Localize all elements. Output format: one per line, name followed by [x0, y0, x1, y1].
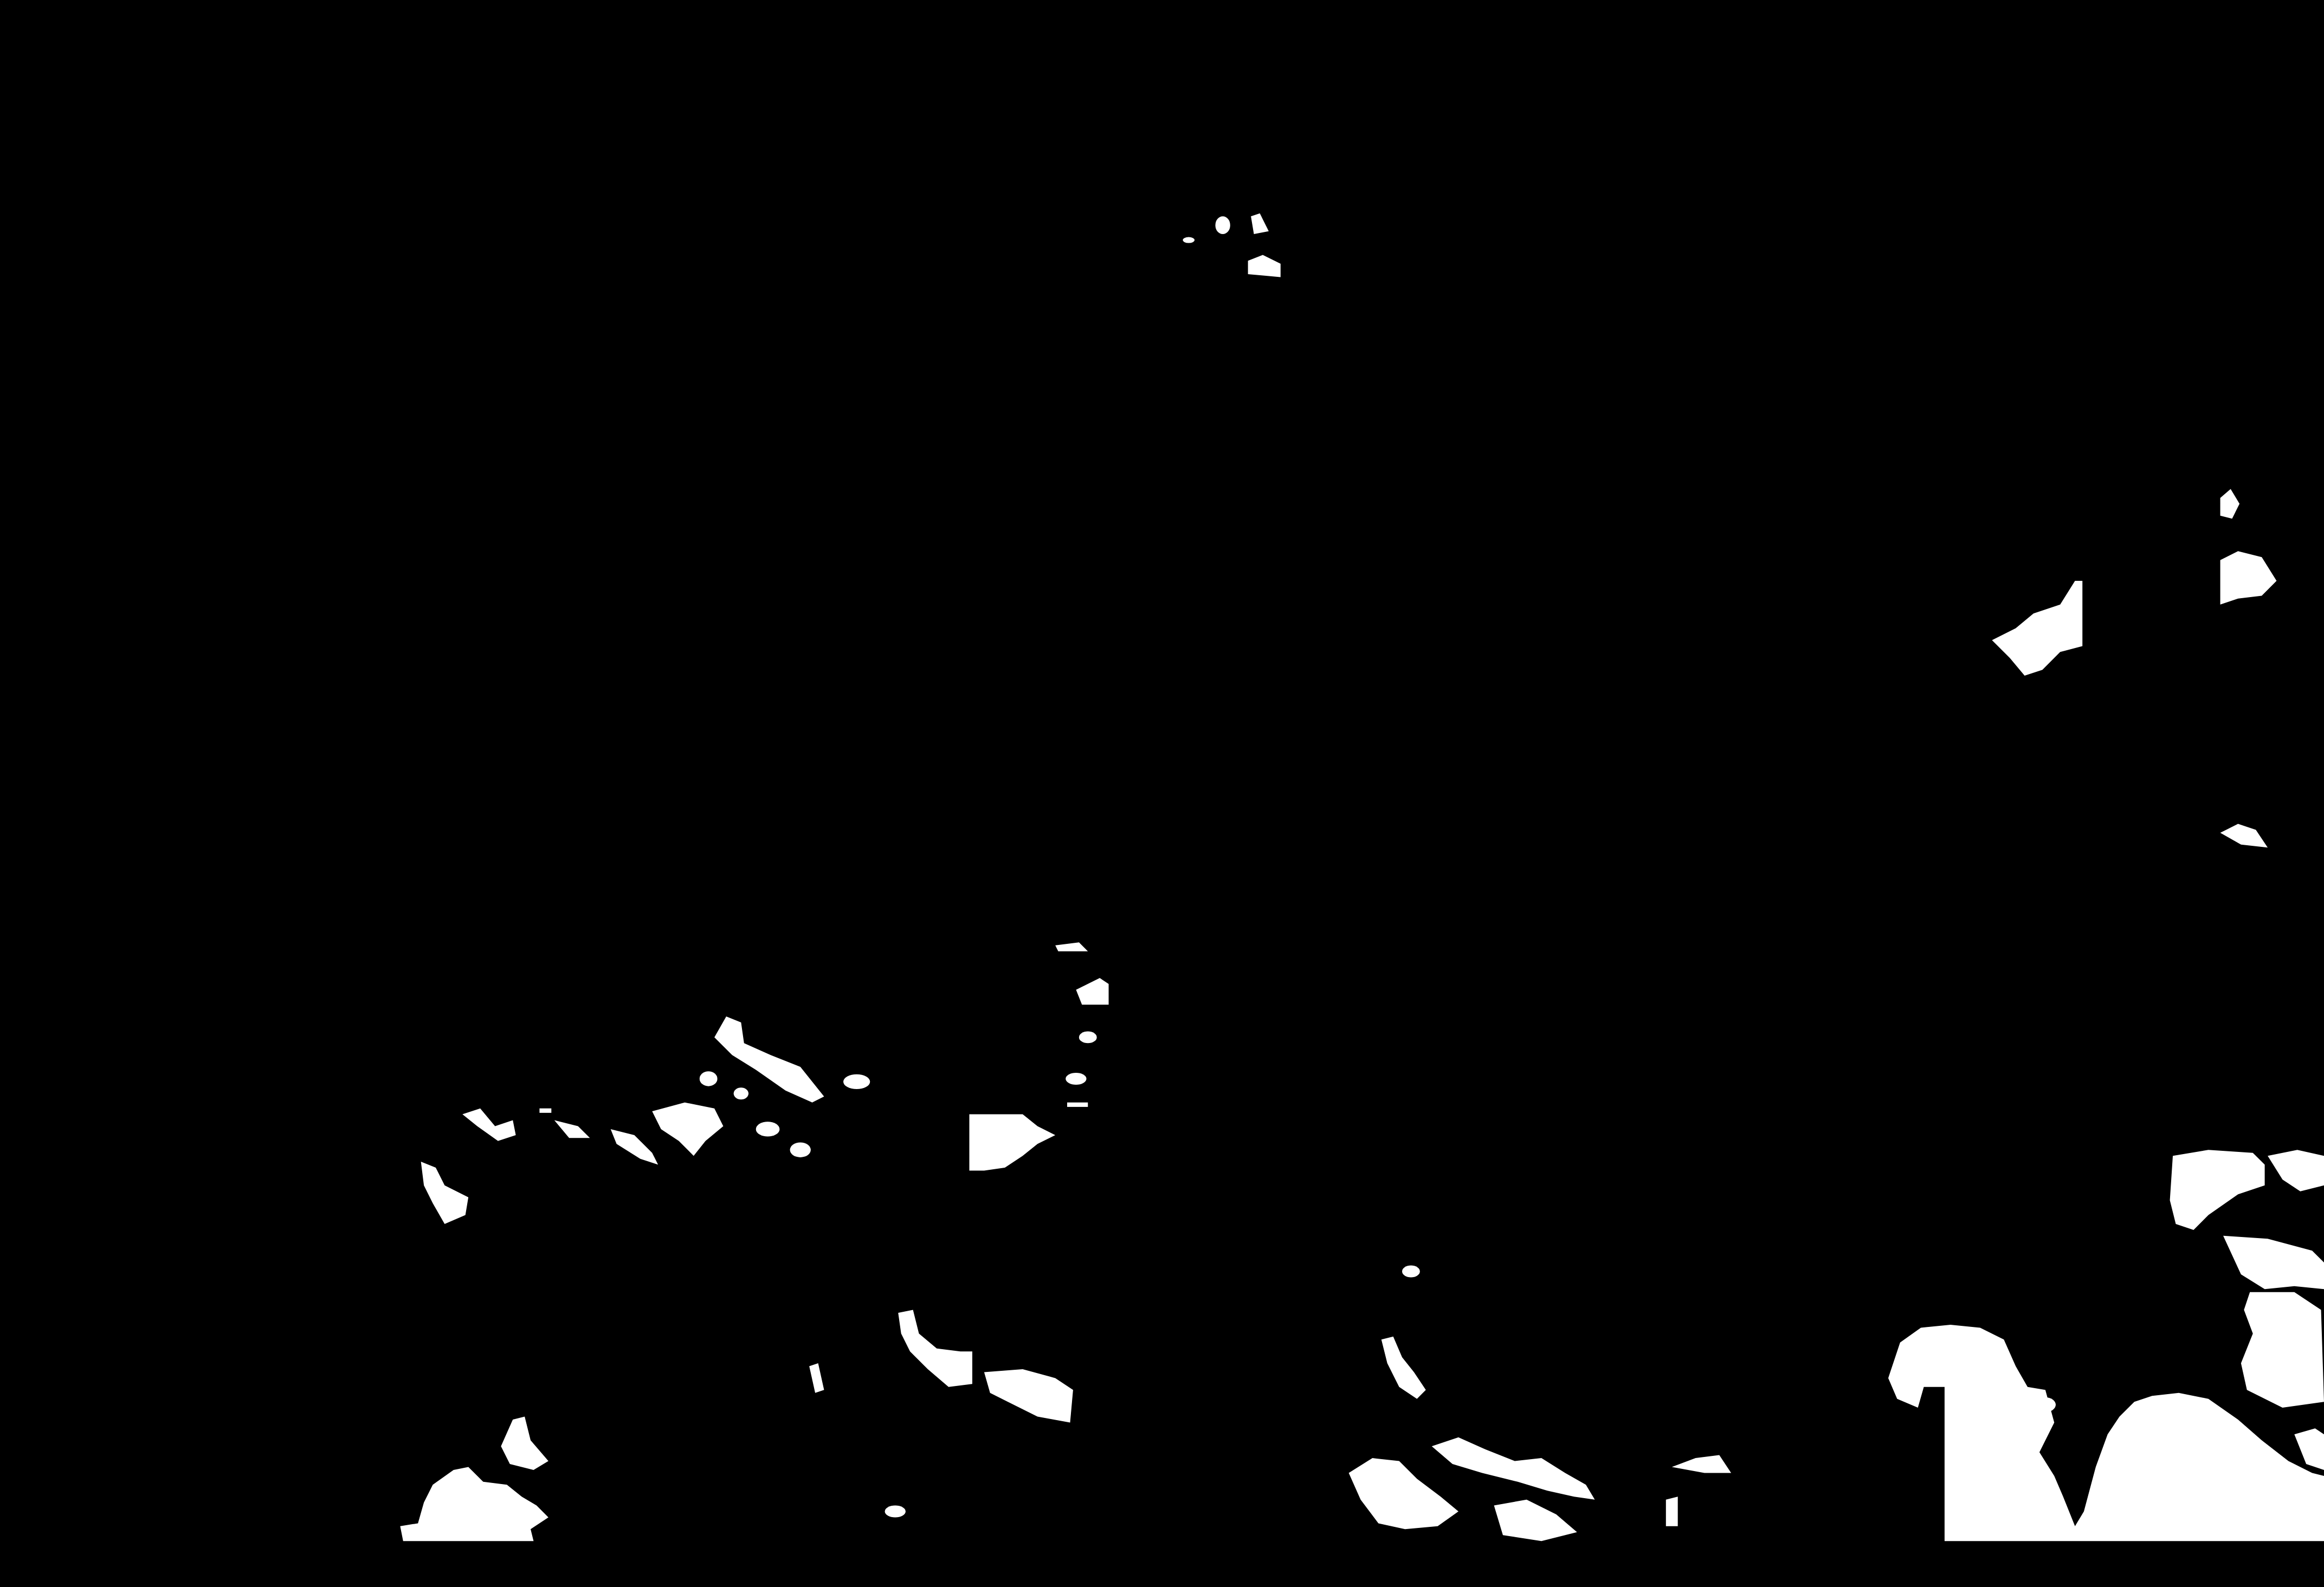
binary-mask-image — [0, 0, 2324, 1587]
mask-region — [1183, 237, 1195, 243]
mask-region — [539, 1109, 551, 1113]
mask-region — [1079, 1031, 1097, 1043]
mask-region — [790, 1143, 811, 1157]
mask-region — [2241, 1292, 2324, 1408]
mask-region — [1066, 1073, 1086, 1085]
mask-region — [2035, 1397, 2056, 1412]
mask-region — [1067, 1103, 1088, 1107]
mask-region — [734, 1087, 748, 1099]
mask-region — [1402, 1266, 1420, 1278]
mask-region — [756, 1122, 780, 1136]
mask-region — [1215, 216, 1230, 234]
mask-region — [885, 1506, 906, 1518]
mask-region — [843, 1074, 870, 1089]
mask-region — [700, 1071, 718, 1086]
mask-region — [1666, 1497, 1678, 1526]
